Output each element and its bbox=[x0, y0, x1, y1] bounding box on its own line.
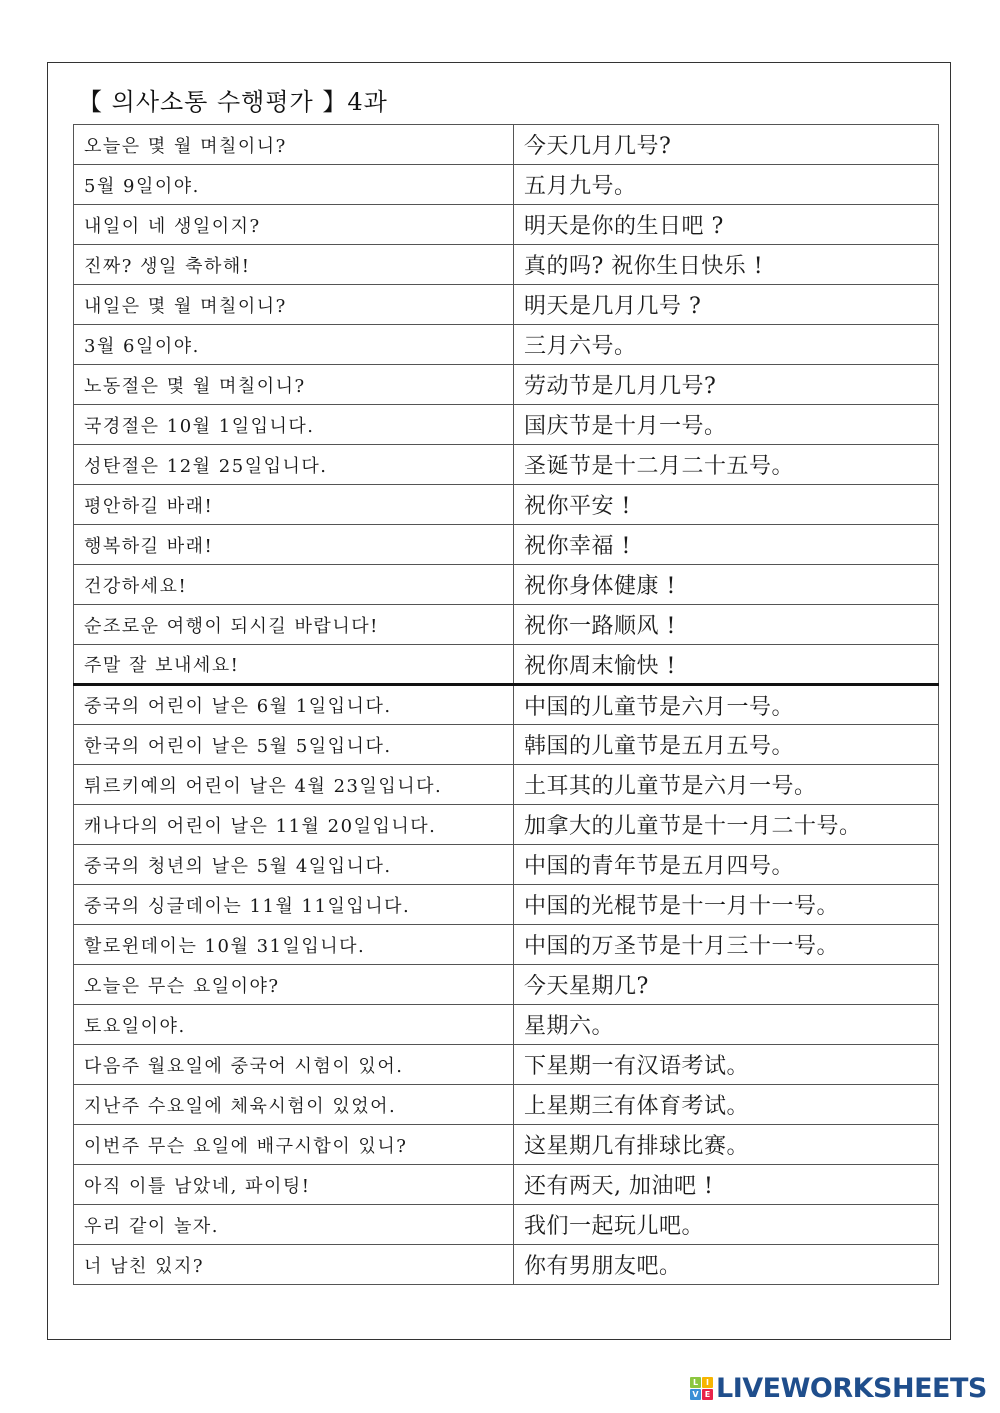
table-row: 진짜? 생일 축하해!真的吗? 祝你生日快乐 ! bbox=[74, 245, 939, 285]
korean-phrase-cell: 순조로운 여행이 되시길 바랍니다! bbox=[74, 605, 514, 645]
korean-phrase-cell: 건강하세요! bbox=[74, 565, 514, 605]
korean-phrase-cell: 3월 6일이야. bbox=[74, 325, 514, 365]
logo-tile-i: I bbox=[702, 1377, 713, 1388]
korean-phrase-cell: 5월 9일이야. bbox=[74, 165, 514, 205]
chinese-phrase-cell: 这星期几有排球比赛。 bbox=[514, 1125, 939, 1165]
korean-phrase-cell: 내일이 네 생일이지? bbox=[74, 205, 514, 245]
korean-phrase-cell: 아직 이틀 남았네, 파이팅! bbox=[74, 1165, 514, 1205]
table-row: 평안하길 바래!祝你平安 ! bbox=[74, 485, 939, 525]
korean-phrase-cell: 오늘은 몇 월 며칠이니? bbox=[74, 125, 514, 165]
chinese-phrase-cell: 劳动节是几月几号? bbox=[514, 365, 939, 405]
korean-phrase-cell: 토요일이야. bbox=[74, 1005, 514, 1045]
korean-phrase-cell: 중국의 싱글데이는 11월 11일입니다. bbox=[74, 885, 514, 925]
chinese-phrase-cell: 真的吗? 祝你生日快乐 ! bbox=[514, 245, 939, 285]
korean-phrase-cell: 다음주 월요일에 중국어 시험이 있어. bbox=[74, 1045, 514, 1085]
table-row: 건강하세요!祝你身体健康 ! bbox=[74, 565, 939, 605]
chinese-phrase-cell: 祝你一路顺风 ! bbox=[514, 605, 939, 645]
table-row: 노동절은 몇 월 며칠이니?劳动节是几月几号? bbox=[74, 365, 939, 405]
chinese-phrase-cell: 下星期一有汉语考试。 bbox=[514, 1045, 939, 1085]
table-row: 중국의 어린이 날은 6월 1일입니다.中国的儿童节是六月一号。 bbox=[74, 685, 939, 725]
chinese-phrase-cell: 明天是几月几号 ? bbox=[514, 285, 939, 325]
korean-phrase-cell: 우리 같이 놀자. bbox=[74, 1205, 514, 1245]
table-row: 중국의 싱글데이는 11월 11일입니다.中国的光棍节是十一月十一号。 bbox=[74, 885, 939, 925]
chinese-phrase-cell: 我们一起玩儿吧。 bbox=[514, 1205, 939, 1245]
table-row: 할로윈데이는 10월 31일입니다.中国的万圣节是十月三十一号。 bbox=[74, 925, 939, 965]
korean-phrase-cell: 지난주 수요일에 체육시험이 있었어. bbox=[74, 1085, 514, 1125]
chinese-phrase-cell: 星期六。 bbox=[514, 1005, 939, 1045]
table-row: 오늘은 몇 월 며칠이니?今天几月几号? bbox=[74, 125, 939, 165]
logo-tile-v: V bbox=[690, 1389, 701, 1400]
korean-phrase-cell: 주말 잘 보내세요! bbox=[74, 645, 514, 685]
chinese-phrase-cell: 祝你幸福 ! bbox=[514, 525, 939, 565]
logo-wordmark: LIVEWORKSHEETS bbox=[716, 1373, 987, 1404]
table-row: 우리 같이 놀자.我们一起玩儿吧。 bbox=[74, 1205, 939, 1245]
chinese-phrase-cell: 你有男朋友吧。 bbox=[514, 1245, 939, 1285]
table-row: 이번주 무슨 요일에 배구시합이 있니?这星期几有排球比赛。 bbox=[74, 1125, 939, 1165]
table-row: 5월 9일이야.五月九号。 bbox=[74, 165, 939, 205]
chinese-phrase-cell: 明天是你的生日吧 ? bbox=[514, 205, 939, 245]
chinese-phrase-cell: 三月六号。 bbox=[514, 325, 939, 365]
korean-phrase-cell: 노동절은 몇 월 며칠이니? bbox=[74, 365, 514, 405]
chinese-phrase-cell: 韩国的儿童节是五月五号。 bbox=[514, 725, 939, 765]
table-row: 내일은 몇 월 며칠이니?明天是几月几号 ? bbox=[74, 285, 939, 325]
table-row: 중국의 청년의 날은 5월 4일입니다.中国的青年节是五月四号。 bbox=[74, 845, 939, 885]
chinese-phrase-cell: 上星期三有体育考试。 bbox=[514, 1085, 939, 1125]
table-row: 성탄절은 12월 25일입니다.圣诞节是十二月二十五号。 bbox=[74, 445, 939, 485]
chinese-phrase-cell: 祝你周末愉快 ! bbox=[514, 645, 939, 685]
chinese-phrase-cell: 祝你平安 ! bbox=[514, 485, 939, 525]
korean-phrase-cell: 행복하길 바래! bbox=[74, 525, 514, 565]
chinese-phrase-cell: 土耳其的儿童节是六月一号。 bbox=[514, 765, 939, 805]
korean-phrase-cell: 오늘은 무슨 요일이야? bbox=[74, 965, 514, 1005]
korean-phrase-cell: 튀르키예의 어린이 날은 4월 23일입니다. bbox=[74, 765, 514, 805]
table-row: 튀르키예의 어린이 날은 4월 23일입니다.土耳其的儿童节是六月一号。 bbox=[74, 765, 939, 805]
korean-phrase-cell: 캐나다의 어린이 날은 11월 20일입니다. bbox=[74, 805, 514, 845]
korean-phrase-cell: 국경절은 10월 1일입니다. bbox=[74, 405, 514, 445]
table-row: 너 남친 있지?你有男朋友吧。 bbox=[74, 1245, 939, 1285]
live-logo-icon: L I V E bbox=[690, 1377, 713, 1400]
chinese-phrase-cell: 今天几月几号? bbox=[514, 125, 939, 165]
chinese-phrase-cell: 中国的光棍节是十一月十一号。 bbox=[514, 885, 939, 925]
korean-phrase-cell: 성탄절은 12월 25일입니다. bbox=[74, 445, 514, 485]
table-row: 한국의 어린이 날은 5월 5일입니다.韩国的儿童节是五月五号。 bbox=[74, 725, 939, 765]
korean-phrase-cell: 중국의 청년의 날은 5월 4일입니다. bbox=[74, 845, 514, 885]
korean-phrase-cell: 평안하길 바래! bbox=[74, 485, 514, 525]
table-row: 토요일이야.星期六。 bbox=[74, 1005, 939, 1045]
logo-tile-l: L bbox=[690, 1377, 701, 1388]
worksheet-title: 【 의사소통 수행평가 】4과 bbox=[78, 82, 388, 117]
chinese-phrase-cell: 还有两天, 加油吧 ! bbox=[514, 1165, 939, 1205]
table-row: 순조로운 여행이 되시길 바랍니다!祝你一路顺风 ! bbox=[74, 605, 939, 645]
table-row: 다음주 월요일에 중국어 시험이 있어.下星期一有汉语考试。 bbox=[74, 1045, 939, 1085]
chinese-phrase-cell: 中国的青年节是五月四号。 bbox=[514, 845, 939, 885]
table-row: 내일이 네 생일이지?明天是你的生日吧 ? bbox=[74, 205, 939, 245]
table-row: 오늘은 무슨 요일이야?今天星期几? bbox=[74, 965, 939, 1005]
table-row: 국경절은 10월 1일입니다.国庆节是十月一号。 bbox=[74, 405, 939, 445]
korean-phrase-cell: 너 남친 있지? bbox=[74, 1245, 514, 1285]
chinese-phrase-cell: 加拿大的儿童节是十一月二十号。 bbox=[514, 805, 939, 845]
korean-phrase-cell: 중국의 어린이 날은 6월 1일입니다. bbox=[74, 685, 514, 725]
logo-tile-e: E bbox=[702, 1389, 713, 1400]
korean-phrase-cell: 이번주 무슨 요일에 배구시합이 있니? bbox=[74, 1125, 514, 1165]
table-row: 3월 6일이야.三月六号。 bbox=[74, 325, 939, 365]
korean-phrase-cell: 내일은 몇 월 며칠이니? bbox=[74, 285, 514, 325]
korean-phrase-cell: 진짜? 생일 축하해! bbox=[74, 245, 514, 285]
chinese-phrase-cell: 祝你身体健康 ! bbox=[514, 565, 939, 605]
korean-phrase-cell: 할로윈데이는 10월 31일입니다. bbox=[74, 925, 514, 965]
table-row: 행복하길 바래!祝你幸福 ! bbox=[74, 525, 939, 565]
liveworksheets-logo[interactable]: L I V E LIVEWORKSHEETS bbox=[690, 1373, 987, 1404]
chinese-phrase-cell: 今天星期几? bbox=[514, 965, 939, 1005]
table-row: 지난주 수요일에 체육시험이 있었어.上星期三有体育考试。 bbox=[74, 1085, 939, 1125]
table-row: 주말 잘 보내세요!祝你周末愉快 ! bbox=[74, 645, 939, 685]
chinese-phrase-cell: 圣诞节是十二月二十五号。 bbox=[514, 445, 939, 485]
chinese-phrase-cell: 中国的万圣节是十月三十一号。 bbox=[514, 925, 939, 965]
chinese-phrase-cell: 国庆节是十月一号。 bbox=[514, 405, 939, 445]
phrase-table: 오늘은 몇 월 며칠이니?今天几月几号?5월 9일이야.五月九号。내일이 네 생… bbox=[73, 124, 939, 1285]
table-row: 캐나다의 어린이 날은 11월 20일입니다. 加拿大的儿童节是十一月二十号。 bbox=[74, 805, 939, 845]
table-row: 아직 이틀 남았네, 파이팅!还有两天, 加油吧 ! bbox=[74, 1165, 939, 1205]
chinese-phrase-cell: 五月九号。 bbox=[514, 165, 939, 205]
chinese-phrase-cell: 中国的儿童节是六月一号。 bbox=[514, 685, 939, 725]
korean-phrase-cell: 한국의 어린이 날은 5월 5일입니다. bbox=[74, 725, 514, 765]
